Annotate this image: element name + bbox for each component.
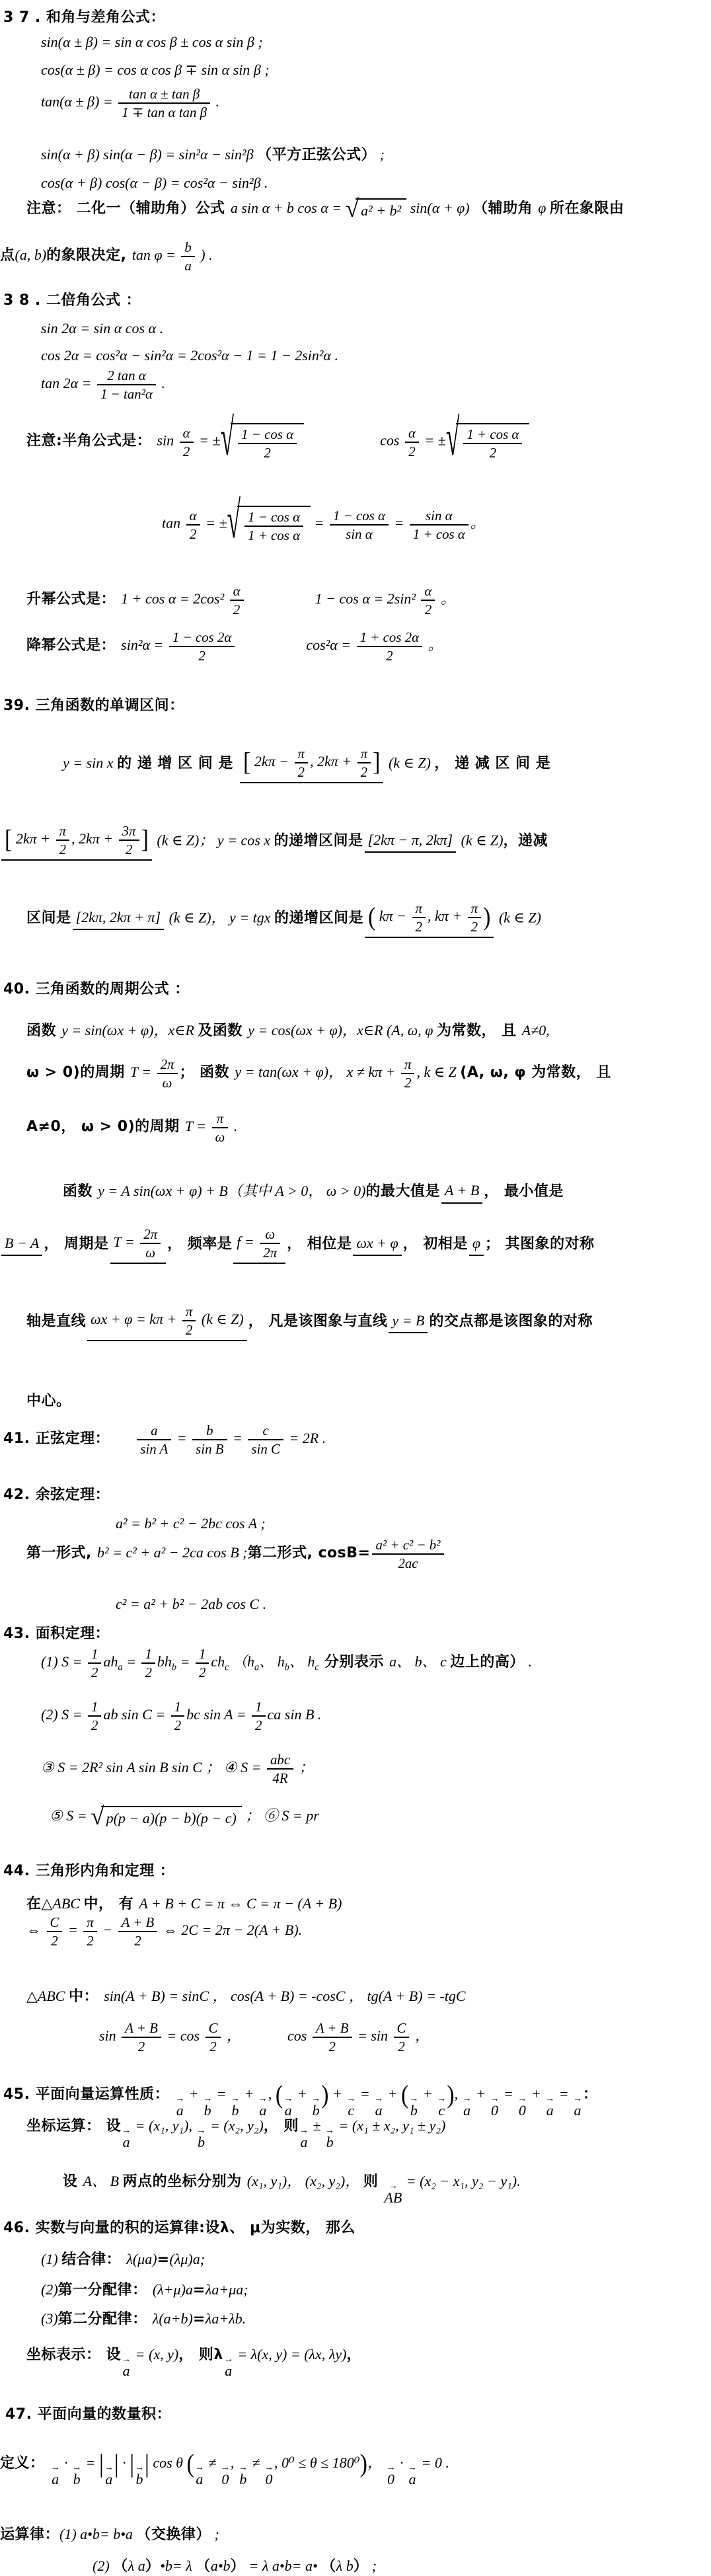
bold-text: 44. 三角形内角和定理 ： (3, 1863, 174, 1879)
numerator: 1 (141, 1646, 155, 1664)
vector-letter: a (375, 2103, 383, 2118)
math-text: （h (229, 1653, 255, 1670)
math-text: + (472, 2086, 490, 2102)
bold-text: ） (231, 2558, 246, 2575)
fraction: π2 (182, 1304, 196, 1338)
vector-letter: 0 (519, 2103, 526, 2118)
math-text: cos(α ± β) = cos α cos β ∓ sin α sin β ; (41, 61, 270, 78)
denominator: 2π (260, 1244, 280, 1261)
math-text: cos²α = (306, 637, 354, 653)
denominator: 2 (405, 443, 419, 459)
vector-letter: 0 (221, 2472, 229, 2487)
bold-text: 40. 三角函数的周期公式 ： (3, 981, 190, 997)
formula-line: △ABC 中： sin(A + B) = sinC ， cos(A + B) =… (26, 1987, 466, 2007)
math-text: λ a (128, 2557, 145, 2574)
vector-letter: a (123, 2134, 130, 2150)
math-text: ； (295, 1759, 314, 1776)
radicand: 1 + cos α2 (456, 423, 529, 461)
math-text: (1) a•b= b•a (59, 2526, 136, 2542)
math-text: ， (223, 2027, 241, 2044)
fraction: 2πω (157, 1056, 178, 1091)
bold-text: （辅助角 (473, 200, 538, 217)
fill-in-underline: [2kπ, 2kπ + π] (73, 908, 165, 931)
vector: →a (463, 2096, 472, 2118)
math-text: 1 (199, 1646, 206, 1662)
denominator: 2 (122, 2038, 161, 2054)
bracket: | (99, 2448, 104, 2481)
math-text: (2) (41, 2281, 58, 2298)
math-text: , (268, 2086, 276, 2102)
math-text: = ± (196, 432, 221, 449)
math-text: T = (185, 1118, 210, 1134)
math-text: cos(α + β) cos(α − β) = cos²α − sin²β . (41, 175, 268, 191)
bracket: ( (276, 2079, 283, 2113)
math-text: (k ∈ Z) (198, 1311, 243, 1327)
bold-text: 轴是直线 (26, 1313, 86, 1330)
vector: →b (203, 2096, 212, 2118)
fraction: α2 (405, 425, 419, 459)
math-text: b² = c² + a² − 2ca cos B ; (97, 1544, 247, 1561)
fraction: A + B2 (122, 2020, 161, 2054)
bold-text: ， 则λ (178, 2347, 223, 2363)
denominator: 2 (401, 1074, 414, 1091)
vector-letter: b (136, 2472, 143, 2487)
fraction: ω2π (260, 1226, 280, 1261)
fraction: 3π2 (119, 823, 139, 857)
numerator: α (230, 583, 244, 601)
denominator: 2 (238, 444, 297, 461)
math-text: C (50, 1914, 59, 1930)
bracket: ( (186, 2448, 194, 2481)
math-text: (2) (93, 2557, 113, 2574)
bold-text: （交换律） (136, 2526, 211, 2543)
fraction: abc4R (267, 1752, 293, 1786)
math-text: = (x₁, y₁), (131, 2117, 196, 2134)
fill-in-underline: f = ω2π (233, 1226, 285, 1264)
denominator: 2 (252, 1717, 265, 1733)
vector-letter: a (225, 2363, 232, 2378)
math-text: 1 − cos α (248, 509, 300, 525)
bold-text: 定义： (0, 2455, 50, 2472)
vector: →a (175, 2096, 184, 2118)
math-text: 2 (328, 2039, 335, 2054)
math-text: . (230, 1118, 237, 1134)
math-text: λ(μa) (126, 2251, 157, 2267)
bold-text: 为常数， 且 (437, 1023, 522, 1039)
math-text: [2kπ − π, 2kπ] (368, 832, 453, 848)
math-text: ) . (197, 247, 213, 263)
bold-text: ω > 0)的周期 (26, 1064, 130, 1081)
formula-line: ⇔ C2 = π2 − A + B2 ⇔ 2C = 2π − 2(A + B). (26, 1914, 302, 1949)
bracket: ( (401, 2079, 408, 2113)
math-text: 1 (145, 1646, 151, 1662)
math-text: f = (237, 1233, 258, 1250)
formula-line: 47. 平面向量的数量积： (5, 2405, 171, 2425)
math-text: ⇔ (26, 1922, 45, 1938)
formula-line: 轴是直线ωx + φ = kπ + π2 (k ∈ Z)， 凡是该图象与直线 y… (26, 1304, 593, 1341)
math-text: 2 (87, 1933, 93, 1949)
denominator: 2 (463, 444, 522, 461)
formula-line: cos(α + β) cos(α − β) = cos²α − sin²β . (41, 174, 268, 193)
math-text: = (173, 1430, 190, 1446)
formula-line: (2) （λ a）•b= λ （a•b） = λ a•b= a• （λ b） ; (93, 2557, 377, 2576)
math-text: a•b (211, 2557, 231, 2574)
fraction: 12 (88, 1646, 101, 1680)
numerator: 3π (119, 823, 139, 841)
denominator: 2 (47, 1932, 63, 1949)
sqrt: √1 − cos α1 + cos α (227, 506, 311, 543)
math-text: c² = a² + b² − 2ab cos C . (116, 1596, 266, 1612)
radical-icon: √ (221, 418, 235, 460)
denominator: 2 (169, 647, 235, 664)
math-text: tan (162, 515, 184, 531)
formula-line: 坐标表示： 设→a = (x, y)， 则λ→a = λ(x, y) = (λx… (26, 2345, 361, 2378)
math-text: ω (163, 1075, 172, 1091)
formula-line: 40. 三角函数的周期公式 ： (3, 980, 190, 999)
vector-letter: 0 (387, 2472, 394, 2487)
vector-letter: 0 (266, 2472, 273, 2487)
math-text: 1 + cos α = 2cos² (121, 590, 228, 607)
denominator: ω (157, 1074, 178, 1091)
vector-letter: a (105, 2472, 112, 2487)
math-text: + (293, 2086, 311, 2102)
math-text: 2 (386, 648, 393, 664)
math-text: ⇔ 2C = 2π − 2(A + B). (159, 1922, 302, 1938)
vector: →a (374, 2096, 383, 2118)
fraction: πω (212, 1111, 229, 1145)
denominator: 2 (119, 841, 139, 857)
math-text: ab sin C = (103, 1706, 168, 1723)
bold-text: 坐标运算： 设 (26, 2118, 121, 2134)
numerator: 2 tan α (97, 368, 156, 385)
formula-line: 43. 面积定理： (3, 1624, 110, 1644)
math-text: , 2kπ + (310, 753, 355, 769)
bold-text: 函数 (63, 1183, 98, 1200)
formula-line: 45. 平面向量运算性质： →a + →b = →b + →a, (→a + →… (3, 2081, 598, 2118)
bracket: ] (141, 824, 149, 857)
vector: →a (51, 2465, 60, 2487)
bold-text: A≠0， ω > 0)的周期 (26, 1118, 185, 1135)
math-text: 2 (91, 1717, 98, 1733)
bracket: ) (360, 2448, 367, 2481)
numerator: 1 (88, 1646, 101, 1664)
math-text: tan α ± tan β (129, 86, 200, 102)
numerator: 1 (88, 1699, 101, 1717)
bold-text: ， 频率是 (167, 1236, 232, 1253)
math-text: b (184, 239, 191, 255)
numerator: 1 + cos 2α (357, 629, 422, 647)
fraction: 12 (88, 1699, 101, 1733)
math-text: a (184, 258, 191, 274)
math-text: ah (103, 1653, 118, 1670)
math-text: A、 B (83, 2173, 123, 2189)
math-text: •b= λ (160, 2557, 196, 2574)
fraction: α2 (180, 425, 194, 459)
denominator: 2 (141, 1664, 155, 1680)
math-text: = (64, 1922, 81, 1938)
formula-line: tan α2 = ±√1 − cos α1 + cos α = 1 − cos … (162, 506, 485, 543)
bold-text: 39. 三角函数的单调区间： (3, 697, 184, 714)
bold-text: 坐标表示： 设 (26, 2347, 121, 2363)
math-text: 1 ∓ tan α tan β (122, 104, 207, 120)
fraction: 1 + cos α2 (463, 426, 522, 461)
numerator: tan α ± tan β (118, 86, 210, 104)
math-text: = λ(x, y) = (λx, λy) (234, 2346, 347, 2362)
math-text: cos θ (149, 2454, 187, 2471)
radicand: 1 − cos α2 (231, 423, 304, 461)
bold-text: 第二分配律： (58, 2311, 153, 2327)
formula-line: cos(α ± β) = cos α cos β ∓ sin α sin β ; (41, 61, 270, 80)
radicand: p(p − a)(p − b)(p − c) (101, 1806, 242, 1828)
formula-line: (2) S = 12ab sin C = 12bc sin A = 12ca s… (41, 1699, 321, 1733)
vector: →b (197, 2128, 206, 2150)
numerator: 1 − cos α (330, 508, 389, 526)
bold-text: （ (196, 2558, 211, 2575)
math-text: 2 (183, 444, 190, 459)
math-text: 1 − cos 2α (172, 629, 231, 645)
bold-text: 3 8 . 二倍角公式 ： (3, 292, 141, 309)
numerator: a (137, 1423, 171, 1440)
math-text: sin 2α = sin α cos α . (41, 320, 163, 336)
math-text: π (59, 823, 66, 839)
formula-line: tan 2α = 2 tan α1 − tan²α . (41, 368, 165, 402)
math-text: + (241, 2086, 258, 2102)
denominator: 2 (196, 1664, 209, 1680)
numerator: sin α (410, 508, 468, 526)
math-text: 2 (174, 1717, 181, 1733)
formula-line: 升幂公式是： 1 + cos α = 2cos² α21 − cos α = 2… (26, 583, 455, 617)
math-text: y = sin x (63, 755, 117, 771)
fill-in-underline: [2kπ − π, 2kπ] (365, 831, 457, 853)
numerator: ω (260, 1226, 280, 1244)
vector-letter: a (176, 2103, 184, 2118)
bold-text: 及函数 (198, 1023, 248, 1039)
vector: →0 (386, 2465, 395, 2487)
math-text: 1 − tan²α (100, 386, 153, 402)
numerator: C (47, 1914, 63, 1932)
math-text: , kπ + (428, 908, 466, 924)
numerator: 2π (140, 1226, 161, 1244)
math-text: A + B (122, 1914, 155, 1930)
denominator: ω (212, 1128, 229, 1145)
bold-text: ） (354, 2558, 369, 2575)
bold-text: 第一分配律： (58, 2282, 153, 2298)
denominator: sin C (248, 1440, 283, 1457)
math-text: cos (287, 2027, 311, 2044)
math-text: 2 (199, 1664, 206, 1680)
math-text: ωx + φ (356, 1235, 398, 1251)
math-text: , 0⁰ ≤ θ ≤ 180⁰ (274, 2454, 360, 2471)
math-text: cos (380, 432, 403, 449)
math-text: b (206, 1423, 213, 1438)
math-text: 2 (361, 764, 367, 780)
formula-line: B − A， 周期是T = 2πω， 频率是f = ω2π， 相位是ωx + φ… (0, 1226, 595, 1264)
fill-in-underline: ωx + φ (353, 1234, 401, 1257)
formula-line: 区间是[2kπ, 2kπ + π] (k ∈ Z)， y = tgx 的递增区间… (26, 900, 541, 938)
fraction: C2 (47, 1914, 63, 1949)
math-text: 2π (143, 1226, 157, 1242)
math-text: ± (309, 2117, 324, 2134)
bold-text: 47. 平面向量的数量积： (5, 2406, 171, 2423)
numerator: A + B (122, 2020, 161, 2038)
vector-letter: b (232, 2103, 239, 2118)
numerator: a² + c² − b² (372, 1537, 443, 1555)
formula-line: tan(α ± β) = tan α ± tan β1 ∓ tan α tan … (41, 86, 219, 120)
fraction: 12 (252, 1699, 265, 1733)
vector: →a (104, 2465, 114, 2487)
math-text: = (x, y) (131, 2346, 178, 2362)
math-text: ； ⑥ S = pr (242, 1807, 319, 1824)
math-text: 2 (126, 841, 132, 857)
bold-text: 的递增区间是 (274, 833, 363, 849)
vector: →a (573, 2096, 582, 2118)
vector: →a (283, 2096, 293, 2118)
math-text: A + B (125, 2020, 158, 2036)
math-text: A + B + C = π ⇔ C = π − (A + B) (139, 1895, 342, 1912)
math-text: △ABC (42, 1895, 84, 1912)
bold-text: 中： (69, 1988, 104, 2005)
math-text: = (123, 1653, 140, 1670)
formula-line: [ 2kπ + π2, 2kπ + 3π2] (k ∈ Z)； y = cos … (0, 823, 548, 861)
bracket: | (130, 2448, 134, 2481)
math-text: (1) S = (41, 1653, 86, 1670)
fraction: A + B2 (313, 2020, 352, 2054)
math-text: − (99, 1922, 116, 1938)
math-text: y = B (392, 1312, 424, 1329)
math-text: , (455, 2086, 462, 2102)
denominator: 2 (171, 1717, 184, 1733)
sqrt: √p(p − a)(p − b)(p − c) (91, 1806, 242, 1828)
numerator: α (186, 508, 200, 526)
math-text: (k ∈ Z) (495, 910, 541, 926)
bold-text: 点 (0, 247, 15, 264)
math-text: 2 (138, 2039, 145, 2054)
fraction: 12 (171, 1699, 184, 1733)
math-text: + (419, 2086, 436, 2102)
math-text: = λ a•b= a• (245, 2557, 321, 2574)
math-text: α (190, 508, 197, 524)
formula-line: (3)第二分配律： λ(a+b)=λa+λb. (41, 2310, 246, 2329)
math-text: α (233, 583, 241, 599)
math-text: T = (114, 1233, 139, 1250)
math-text: ; (376, 146, 385, 163)
bold-text: 注意:半角公式是： (26, 433, 157, 449)
vector-letter: a (574, 2103, 581, 2118)
math-text: ω (265, 1226, 275, 1242)
vector-letter: b (73, 2472, 81, 2487)
math-text: 1 (255, 1699, 262, 1715)
denominator: 2 (412, 918, 426, 935)
math-text: abc (270, 1752, 290, 1768)
math-text: 2 (490, 445, 496, 461)
formula-line: 点(a, b)的象限决定, tan φ = ba ) . (0, 239, 213, 274)
math-text: sin B (196, 1441, 223, 1457)
fraction: π2 (401, 1056, 414, 1091)
bracket: ( (368, 901, 375, 935)
formula-line: a² = b² + c² − 2bc cos A ; (116, 1514, 266, 1534)
vector-letter: a (123, 2363, 130, 2378)
math-text: + (185, 2086, 202, 2102)
bracket: [ (5, 824, 12, 857)
fraction: 12 (141, 1646, 155, 1680)
fill-in-underline: φ (469, 1234, 484, 1257)
math-text: bc sin A = (186, 1706, 250, 1723)
formula-line: 注意:半角公式是： sin α2 = ±√1 − cos α2cos α2 = … (26, 423, 529, 461)
math-text: 2 (134, 1933, 141, 1949)
math-text: 2 (233, 602, 240, 617)
math-text: 2 (209, 2039, 216, 2054)
math-text: (λ+μ)a (153, 2281, 193, 2298)
math-text: = ± (202, 515, 227, 531)
bracket: ) (483, 901, 490, 935)
vector-letter: b (239, 2472, 246, 2487)
math-text: sin²α = (121, 637, 167, 653)
bold-text: 3 7 . 和角与差角公式： (3, 9, 165, 26)
fraction: 2 tan α1 − tan²α (97, 368, 156, 402)
math-text: y = cos(ωx + φ)，x∈R (A, ω, φ (248, 1022, 437, 1038)
math-text: π (186, 1304, 192, 1319)
formula-line: 函数 y = A sin(ωx + φ) + B（其中 A > 0， ω > 0… (63, 1181, 564, 1204)
math-text: sin(α ± β) = sin α cos β ± cos α sin β ; (41, 34, 263, 50)
bold-text: ， 则 (264, 2118, 299, 2134)
math-text: 1 + cos α (467, 426, 519, 442)
math-text: , k ∈ Z (416, 1064, 460, 1080)
bold-text: 42. 余弦定理： (3, 1487, 110, 1503)
vector: →0 (221, 2465, 230, 2487)
bold-text: 则 (363, 2173, 384, 2190)
math-text: 1 + cos 2α (360, 629, 419, 645)
formula-line: 39. 三角函数的单调区间： (3, 696, 184, 716)
math-text: 1 (91, 1646, 98, 1662)
denominator: 2 (421, 601, 435, 617)
math-text: 。 (470, 515, 485, 531)
bold-text: 降幂公式是： (26, 637, 121, 654)
formula-line: 44. 三角形内角和定理 ： (3, 1861, 174, 1881)
formula-line: 在△ABC 中， 有 A + B + C = π ⇔ C = π − (A + … (26, 1894, 342, 1914)
math-text: 2 (398, 2039, 404, 2054)
math-text: π (87, 1914, 93, 1930)
fill-in-underline: ( kπ − π2, kπ + π2) (365, 900, 494, 938)
math-text: 3π (122, 823, 136, 839)
bold-text: = (193, 2282, 206, 2298)
bracket: ) (447, 2079, 454, 2113)
denominator: 2 (357, 647, 422, 664)
math-text: = (356, 2086, 373, 2102)
math-text: 2 (404, 1075, 411, 1091)
numerator: 1 (196, 1646, 209, 1664)
vector: →b (409, 2096, 418, 2118)
math-text: sin(α + φ) (406, 200, 473, 216)
formula-line: 42. 余弦定理： (3, 1485, 110, 1505)
math-text: sin α (346, 526, 373, 542)
math-text: sin A (140, 1441, 168, 1457)
math-text: A≠0, (522, 1022, 550, 1038)
math-text: π (404, 1056, 411, 1072)
math-text: = (82, 2454, 99, 2471)
document-page: 3 7 . 和角与差角公式：sin(α ± β) = sin α cos β ±… (0, 0, 711, 2576)
numerator: 1 + cos α (463, 426, 522, 444)
formula-line: 第一形式, b² = c² + a² − 2ca cos B ;第二形式, co… (26, 1537, 446, 1571)
denominator: sin α (330, 526, 389, 542)
fraction: π2 (56, 823, 69, 857)
vector: →0 (517, 2096, 527, 2118)
fill-in-underline: T = 2πω (110, 1226, 167, 1264)
vector: →AB (384, 2183, 402, 2205)
math-text: = sin (354, 2027, 392, 2044)
bold-text: ， 相位是 (287, 1236, 352, 1253)
denominator: 2 (295, 763, 308, 780)
vector: →a (408, 2465, 417, 2487)
